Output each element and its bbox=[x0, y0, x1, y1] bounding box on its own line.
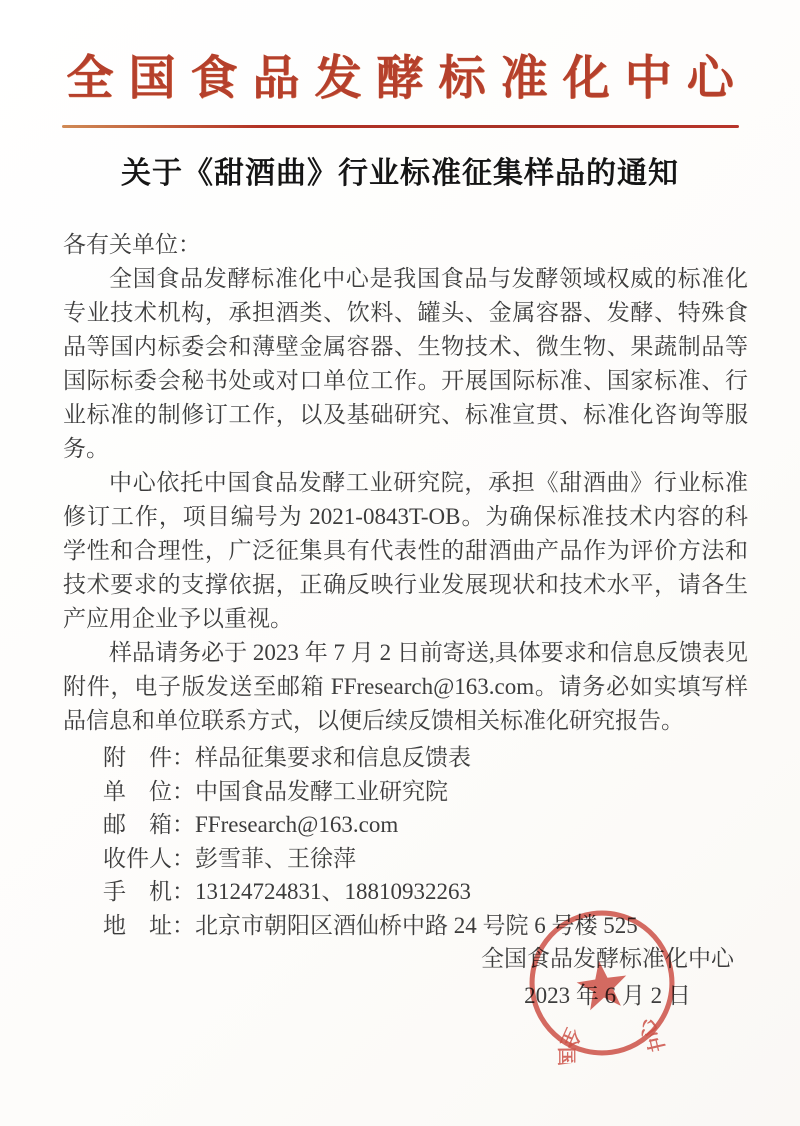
document-page: 全国食品发酵标准化中心 关于《甜酒曲》行业标准征集样品的通知 各有关单位： 全国… bbox=[0, 0, 800, 1126]
info-value: FFresearch@163.com bbox=[195, 812, 398, 837]
info-value: 中国食品发酵工业研究院 bbox=[195, 779, 448, 804]
letterhead-divider bbox=[62, 125, 739, 128]
info-label: 附 件： bbox=[103, 741, 195, 775]
svg-text:全国食品发酵标准化中心: 全国食品发酵标准化中心 bbox=[549, 1010, 678, 1068]
salutation: 各有关单位： bbox=[63, 228, 748, 262]
doc-body: 各有关单位： 全国食品发酵标准化中心是我国食品与发酵领域权威的标准化专业技术机构… bbox=[63, 228, 748, 942]
info-label: 收件人： bbox=[103, 842, 195, 876]
paragraph-2: 中心依托中国食品发酵工业研究院，承担《甜酒曲》行业标准修订工作，项目编号为 20… bbox=[63, 466, 748, 636]
info-value: 彭雪菲、王徐萍 bbox=[195, 846, 356, 871]
info-row-email: 邮 箱：FFresearch@163.com bbox=[103, 808, 748, 842]
doc-title: 关于《甜酒曲》行业标准征集样品的通知 bbox=[40, 154, 760, 195]
info-row-recipients: 收件人：彭雪菲、王徐萍 bbox=[103, 842, 748, 876]
paragraph-3: 样品请务必于 2023 年 7 月 2 日前寄送,具体要求和信息反馈表见附件，电… bbox=[63, 636, 748, 738]
info-value: 13124724831、18810932263 bbox=[195, 879, 471, 904]
info-label: 手 机： bbox=[103, 875, 195, 909]
letterhead-org-name: 全国食品发酵标准化中心 bbox=[0, 50, 800, 109]
paragraph-1: 全国食品发酵标准化中心是我国食品与发酵领域权威的标准化专业技术机构，承担酒类、饮… bbox=[63, 262, 748, 466]
info-row-attachment: 附 件：样品征集要求和信息反馈表 bbox=[103, 741, 748, 775]
info-label: 邮 箱： bbox=[103, 808, 195, 842]
info-row-unit: 单 位：中国食品发酵工业研究院 bbox=[103, 775, 748, 809]
official-seal: 全国食品发酵标准化中心 bbox=[517, 898, 686, 1067]
info-label: 地 址： bbox=[103, 909, 195, 943]
seal-text: 全国食品发酵标准化中心 bbox=[549, 1010, 678, 1068]
info-value: 样品征集要求和信息反馈表 bbox=[195, 745, 471, 770]
info-label: 单 位： bbox=[103, 775, 195, 809]
seal-star-icon bbox=[574, 957, 630, 1011]
